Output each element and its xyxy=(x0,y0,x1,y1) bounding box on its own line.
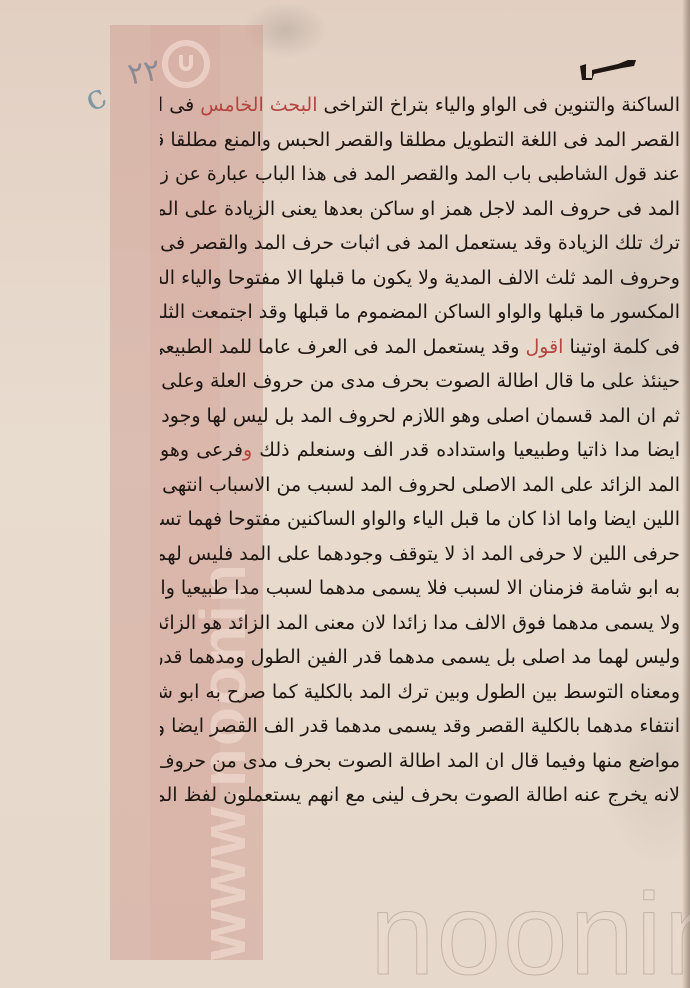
text-line: المكسور ما قبلها والواو الساكن المضموم م… xyxy=(160,295,680,330)
text-line: المد الزائد على المد الاصلى لحروف المد ل… xyxy=(160,468,680,503)
rubric-heading: البحث الخامس xyxy=(200,94,317,116)
rubric-word: اقول xyxy=(525,336,563,358)
page-edge-shadow xyxy=(682,0,690,988)
rubric-word: و xyxy=(243,439,252,461)
text-line: مواضع منها وفيما قال ان المد اطالة الصوت… xyxy=(160,744,680,779)
text-line: ايضا مدا ذاتيا وطبيعيا واستداده قدر الف … xyxy=(160,433,680,468)
text-line: عند قول الشاطبى باب المد والقصر المد فى … xyxy=(160,157,680,192)
text-line: القصر المد فى اللغة التطويل مطلقا والقصر… xyxy=(160,123,680,158)
text-line: به ابو شامة فزمنان الا لسبب فلا يسمى مده… xyxy=(160,571,680,606)
text-line: حينئذ على ما قال اطالة الصوت بحرف مدى من… xyxy=(160,364,680,399)
text-line: انتفاء مدهما بالكلية القصر وقد يسمى مدهم… xyxy=(160,709,680,744)
text-line: حرفى اللين لا حرفى المد اذ لا يتوقف وجود… xyxy=(160,537,680,572)
watermark-bottom-text: noonin xyxy=(370,876,690,988)
text-line: ثم ان المد قسمان اصلى وهو اللازم لحروف ا… xyxy=(160,399,680,434)
text-line: المد فى حروف المد لاجل همز او ساكن بعدها… xyxy=(160,192,680,227)
text-line: ولا يسمى مدهما فوق الالف مدا زائدا لان م… xyxy=(160,606,680,641)
watermark-logo-icon xyxy=(162,40,210,88)
text-line: لانه يخرج عنه اطالة الصوت بحرف لينى مع ا… xyxy=(160,778,680,813)
text-line: اللين ايضا واما اذا كان ما قبل الياء وال… xyxy=(160,502,680,537)
catchword-mark-icon xyxy=(578,52,638,82)
text-line: ومعناه التوسط بين الطول وبين ترك المد با… xyxy=(160,675,680,710)
pencil-folio-number: ٢٢ xyxy=(125,52,163,92)
text-line: فى كلمة اوتينا اقول وقد يستعمل المد فى ا… xyxy=(160,330,680,365)
text-line: وليس لهما مد اصلى بل يسمى مدهما قدر الفي… xyxy=(160,640,680,675)
text-line: ترك تلك الزيادة وقد يستعمل المد فى اثبات… xyxy=(160,226,680,261)
text-line: وحروف المد ثلث الالف المدية ولا يكون ما … xyxy=(160,261,680,296)
manuscript-text-block: الساكنة والتنوين فى الواو والياء بتراخ ا… xyxy=(160,88,680,813)
text-line: الساكنة والتنوين فى الواو والياء بتراخ ا… xyxy=(160,88,680,123)
